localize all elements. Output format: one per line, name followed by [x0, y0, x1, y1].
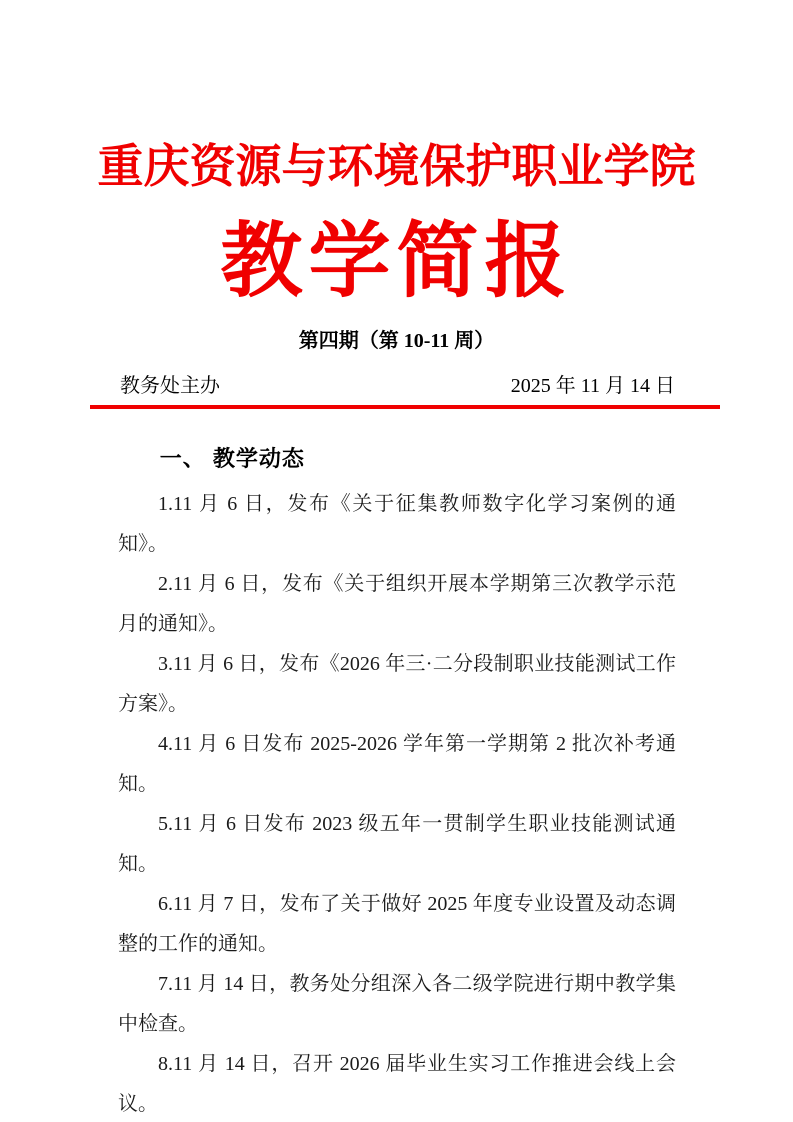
organizer-label: 教务处主办	[120, 374, 220, 398]
list-item: 6.11 月 7 日，发布了关于做好 2025 年度专业设置及动态调整的工作的通…	[118, 884, 676, 964]
issue-date: 2025 年 11 月 14 日	[511, 374, 675, 398]
list-item: 1.11 月 6 日，发布《关于征集教师数字化学习案例的通知》。	[118, 484, 676, 564]
list-item: 8.11 月 14 日，召开 2026 届毕业生实习工作推进会线上会议。	[118, 1044, 676, 1122]
list-item: 2.11 月 6 日，发布《关于组织开展本学期第三次教学示范月的通知》。	[118, 564, 676, 644]
list-item: 3.11 月 6 日，发布《2026 年三·二分段制职业技能测试工作方案》。	[118, 644, 676, 724]
masthead: 重庆资源与环境保护职业学院 教学简报 第四期（第 10-11 周）	[0, 0, 793, 353]
list-item: 5.11 月 6 日发布 2023 级五年一贯制学生职业技能测试通知。	[118, 804, 676, 884]
bulletin-title: 教学简报	[0, 219, 793, 305]
issue-line: 第四期（第 10-11 周）	[0, 329, 793, 353]
section-heading-teaching-updates: 一、 教学动态	[118, 445, 676, 472]
institution-title: 重庆资源与环境保护职业学院	[0, 141, 793, 193]
list-item: 4.11 月 6 日发布 2025-2026 学年第一学期第 2 批次补考通知。	[118, 724, 676, 804]
bulletin-body: 一、 教学动态 1.11 月 6 日，发布《关于征集教师数字化学习案例的通知》。…	[118, 445, 676, 1122]
red-divider-rule	[90, 405, 720, 409]
info-row: 教务处主办 2025 年 11 月 14 日	[120, 374, 675, 398]
item-list: 1.11 月 6 日，发布《关于征集教师数字化学习案例的通知》。 2.11 月 …	[118, 484, 676, 1122]
list-item: 7.11 月 14 日，教务处分组深入各二级学院进行期中教学集中检查。	[118, 964, 676, 1044]
document-page: 重庆资源与环境保护职业学院 教学简报 第四期（第 10-11 周） 教务处主办 …	[0, 0, 793, 1122]
